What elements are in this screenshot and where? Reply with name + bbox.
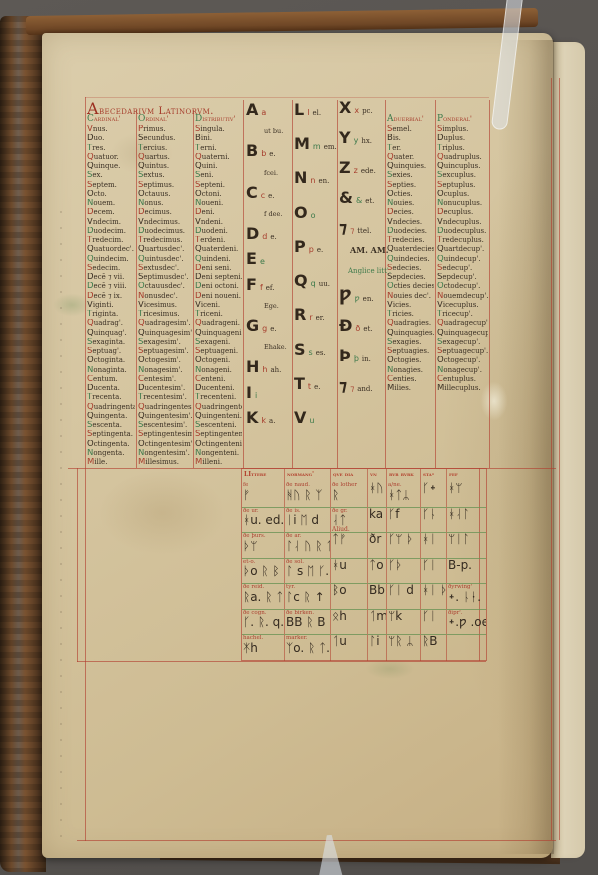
numeral-entry: Tredecuplus. [437, 236, 488, 245]
rune-glyphs: ᚴf [388, 508, 419, 521]
numeral-entry: Vicecuplus. [437, 301, 488, 310]
numeral-entry: Duo. [87, 134, 135, 143]
rune-glyphs: ᛡh [243, 642, 283, 655]
numeral-entry: Sex. [87, 171, 135, 180]
rune-glyphs: Bb. [369, 584, 385, 597]
ruling-line [292, 100, 293, 468]
letter-minuscule: u [309, 416, 314, 425]
letter-minuscule: i [255, 391, 257, 400]
letter-name: es. [316, 349, 326, 357]
numeral-entry: Sedecup'. [437, 264, 488, 273]
rune-header-cell: rvr rvrk [387, 469, 421, 482]
letter-capital: K [246, 410, 258, 426]
numeral-entry: Milleni. [195, 458, 242, 467]
letter-minuscule: g [262, 324, 267, 333]
interlinear-gloss: Anglice litt'. [348, 267, 391, 275]
alphabet-row: B b e. [246, 143, 290, 161]
rune-cell: ᛏᚠ [331, 533, 368, 559]
numeral-entry: Tercius. [138, 144, 192, 153]
letter-capital: Þ [339, 348, 351, 364]
numeral-entry: Centum. [87, 375, 135, 384]
letter-name: ah. [270, 366, 281, 374]
numeral-entry: Simplus. [437, 125, 488, 134]
rune-cell: fe ᚠ [242, 482, 285, 508]
letter-minuscule: d [262, 232, 267, 241]
numeral-entry: Ter. [387, 144, 434, 153]
numeral-entry: Quinquagecup'. [437, 329, 488, 338]
rune-glyphs: ᛉo. ᚱ ᛏ. [286, 642, 329, 655]
letter-capital: Ð [339, 318, 352, 334]
numeral-entry: Octauusdec'. [138, 282, 192, 291]
letter-capital: O [294, 205, 308, 221]
numeral-entry: Quinque. [87, 162, 135, 171]
numeral-entry: Terdeni. [195, 236, 242, 245]
numeral-entry: Quadragesim'. [138, 319, 192, 328]
numeral-list: Primus.Secundus.Tercius.Quartus.Quintus.… [138, 125, 192, 467]
numeral-entry: Quadragies. [387, 319, 434, 328]
alphabet-row: Ƿ ƿ en. [339, 288, 385, 306]
numeral-entry: Ocuplus. [437, 190, 488, 199]
manuscript-photo: Abecedarivm Latinorvm. Cardinal' Vnus.Du… [0, 0, 598, 875]
numeral-entry: Sexageni. [195, 338, 242, 347]
letter-name: em. [324, 143, 337, 151]
numeral-entry: Septuageni. [195, 347, 242, 356]
rune-table: LItterenormang'qve diavnrvr rvrksta-fef … [241, 468, 487, 661]
rune-cell: ᚴᛁ [421, 559, 447, 585]
numeral-entry: Millecuplus. [437, 384, 488, 393]
numeral-entry: Secundus. [138, 134, 192, 143]
ruling-line [489, 100, 490, 468]
numeral-entry: Vndecuplus. [437, 218, 488, 227]
numeral-entry: Seni. [195, 171, 242, 180]
rune-header-cell: LIttere [242, 469, 285, 482]
letter-minuscule: h [262, 365, 267, 374]
letter-minuscule: z [354, 166, 358, 175]
rune-glyphs: ᛁi ᛖ d [286, 514, 329, 527]
alphabet-row: T t e. [294, 376, 336, 394]
column-header: Ponderal' [437, 113, 488, 125]
letter-capital: L [294, 102, 304, 118]
numeral-list: Vnus.Duo.Tres.Quatuor.Quinque.Sex.Septem… [87, 125, 135, 467]
rune-cell: ᚴᛘ ᚦ [387, 533, 421, 559]
numeral-entry: Sexagesim'. [138, 338, 192, 347]
numeral-entry: Quinquies. [387, 162, 434, 171]
numeral-entry: Sextusdec'. [138, 264, 192, 273]
numeral-entry: Quingentesim'. [138, 412, 192, 421]
alphabet-row: Y y hx. [339, 130, 385, 148]
numeral-entry: Sescenta. [87, 421, 135, 430]
column-header: Cardinal' [87, 113, 135, 125]
numeral-entry: Trecenta. [87, 393, 135, 402]
numeral-entry: Deni. [195, 208, 242, 217]
alphabet-column-a-k: A a ut bu. B b e. [246, 102, 290, 428]
numeral-entry: Duodecim. [87, 227, 135, 236]
ruling-line [77, 468, 78, 662]
numeral-entry: Decuplus. [437, 208, 488, 217]
numeral-entry: Terni. [195, 144, 242, 153]
rune-glyphs: ᛘᛁᛚ [448, 533, 485, 546]
letter-name: in. [362, 355, 371, 363]
rune-glyphs: ᚦᛘ [243, 540, 283, 553]
numeral-entry: Triplus. [437, 144, 488, 153]
numeral-entry: Nonagecup'. [437, 366, 488, 375]
rune-glyphs: ᚱa. ᚱ ᛏ. [243, 591, 283, 604]
rune-cell: ᛐu [331, 635, 368, 661]
ruling-line [85, 97, 86, 841]
rune-glyphs: ᚱ [332, 489, 366, 502]
rune-glyphs: ᛭.ƿ .oe [448, 616, 485, 629]
rune-cell: ðe lother ᚱ [331, 482, 368, 508]
alphabet-column-l-v: L l el. M m em. N n en. O o [294, 102, 336, 428]
numeral-entry: Mille. [87, 458, 135, 467]
rune-table-header: LItterenormang'qve diavnrvr rvrksta-fef [242, 469, 486, 482]
rune-glyphs: ka [369, 508, 385, 521]
numeral-entry: Septingentesim'. [138, 430, 192, 439]
numeral-entry: Tricecup'. [437, 310, 488, 319]
rune-glyphs: ᛘk [388, 610, 419, 623]
rune-glyphs: ᛐu [332, 635, 366, 648]
rune-cell: ðe naud. ᚻᚢ ᚱ ᛉ [285, 482, 331, 508]
numeral-entry: Septingenteni. [195, 430, 242, 439]
rune-glyphs: ᚴᚿ [422, 508, 445, 521]
letter-name: ef. [266, 284, 275, 292]
rune-glyphs: ᚴᛁ [422, 610, 445, 623]
rune-glyphs: ᚱB [422, 635, 445, 648]
letter-minuscule: & [356, 196, 362, 205]
numeral-entry: Vndecim. [87, 218, 135, 227]
numeral-entry: Quindecies. [387, 255, 434, 264]
letter-minuscule: t [308, 382, 311, 391]
letter-minuscule: r [309, 313, 312, 322]
numeral-entry: Sexagies. [387, 338, 434, 347]
numeral-entry: Octogecup'. [437, 356, 488, 365]
numeral-entry: Decem. [87, 208, 135, 217]
numeral-entry: Sepdecup'. [437, 273, 488, 282]
rune-glyphs: ᚼu [332, 559, 366, 572]
alphabet-row: P p e. [294, 239, 336, 257]
alphabet-row: L l el. [294, 102, 336, 120]
numeral-entry: Quartdecup'. [437, 245, 488, 254]
numeral-entry: Vndecimus. [138, 218, 192, 227]
letter-capital: D [246, 226, 259, 242]
numeral-entry: Nonus. [138, 199, 192, 208]
numeral-entry: Quinquageni. [195, 329, 242, 338]
numeral-entry: Tredecimus. [138, 236, 192, 245]
numeral-entry: Quindecup'. [437, 255, 488, 264]
numeral-entry: Nonagies. [387, 366, 434, 375]
rune-cell: ðe gr. ᛆᛏ Aliud. [331, 508, 368, 534]
rune-cell: ᚼᛘ [447, 482, 486, 508]
letter-minuscule: f [260, 283, 263, 292]
alphabet-row: fcei. [246, 169, 290, 178]
numeral-entry: Nouies dec'. [387, 292, 434, 301]
letter-minuscule: p [309, 245, 314, 254]
numeral-entry: Sescentesim'. [138, 421, 192, 430]
letter-capital: M [294, 136, 310, 152]
alphabet-row: S s es. [294, 342, 336, 360]
numeral-entry: Quartusdec'. [138, 245, 192, 254]
rune-cell [447, 635, 486, 661]
numeral-entry: Millesimus. [138, 458, 192, 467]
ruling-line [337, 100, 338, 468]
numeral-entry: Quindeni. [195, 255, 242, 264]
numeral-entry: Vicesimus. [138, 301, 192, 310]
numeral-entry: Nongenta. [87, 449, 135, 458]
numeral-entry: Vndecies. [387, 218, 434, 227]
rune-glyphs: B-p. [448, 559, 485, 572]
letter-capital: A [246, 102, 258, 118]
numeral-list: Simplus.Duplus.Triplus.Quadruplus.Quincu… [437, 125, 488, 393]
rune-glyphs: ᚴᛘ ᚦ [388, 533, 419, 546]
rune-glyphs: ᛟh [332, 610, 366, 623]
letter-capital: Z [339, 160, 351, 176]
interlinear-gloss: f dee. [255, 210, 282, 218]
alphabet-row: I i [246, 385, 290, 403]
numeral-entry: Septem. [87, 181, 135, 190]
numeral-entry: Centuplus. [437, 375, 488, 384]
numeral-entry: Duodecimus. [138, 227, 192, 236]
letter-capital: B [246, 143, 258, 159]
letter-capital: P [294, 239, 306, 255]
numeral-entry: Triginta. [87, 310, 135, 319]
letter-name: e. [270, 325, 276, 333]
numeral-entry: Noueni. [195, 199, 242, 208]
numeral-entry: Octo. [87, 190, 135, 199]
letter-capital: C [246, 185, 258, 201]
ruling-line [559, 78, 560, 840]
numeral-entry: Septies. [387, 181, 434, 190]
alphabet-row: C c e. [246, 185, 290, 203]
rune-cell: ᚼᚢ [368, 482, 387, 508]
numeral-list: Singula.Bini.Terni.Quaterni.Quini.Seni.S… [195, 125, 242, 467]
interlinear-gloss: Ege. [255, 302, 279, 310]
numeral-entry: Octoginta. [87, 356, 135, 365]
numeral-entry: Vnus. [87, 125, 135, 134]
letter-name: e. [314, 383, 320, 391]
rune-cell: ᚼᛁ [421, 533, 447, 559]
rune-cell: ðipr'. ᛭.ƿ .oe [447, 610, 486, 636]
numeral-column-distributivi: Distributiv' Singula.Bini.Terni.Quaterni… [195, 113, 242, 467]
ruling-line [243, 100, 244, 468]
numeral-entry: Trecentesim'. [138, 393, 192, 402]
numeral-entry: Septuplus. [437, 181, 488, 190]
numeral-entry: Nongentesim'. [138, 449, 192, 458]
letter-name: uu. [319, 280, 330, 288]
rune-cell: ᛘᛁᛚ [447, 533, 486, 559]
numeral-entry: Quadragecup'. [437, 319, 488, 328]
rune-cell: ðe reid. ᚱa. ᚱ ᛏ. [242, 584, 285, 610]
numeral-entry: Octogeni. [195, 356, 242, 365]
rune-cell: Bb. [368, 584, 387, 610]
numeral-entry: Centies. [387, 375, 434, 384]
numeral-entry: Octauus. [138, 190, 192, 199]
numeral-entry: Quadrag'. [87, 319, 135, 328]
rune-header-cell: qve dia [331, 469, 368, 482]
rune-cell: B-p. [447, 559, 486, 585]
numeral-entry: Quatuordec'. [87, 245, 135, 254]
numeral-entry: Singula. [195, 125, 242, 134]
letter-capital: Y [339, 130, 351, 146]
rune-cell: ᛚi [368, 635, 387, 661]
numeral-entry: Quaterni. [195, 153, 242, 162]
numeral-entry: Duodeni. [195, 227, 242, 236]
numeral-entry: Nouem. [87, 199, 135, 208]
numeral-entry: Decē ⁊ viii. [87, 282, 135, 291]
rune-cell: et-o. ᚦo ᚱ ᛒ [242, 559, 285, 585]
letter-name: er. [316, 314, 325, 322]
rune-glyphs: ᚼᛁ ᚦ [422, 584, 445, 597]
rune-cell: ᛘk [387, 610, 421, 636]
letter-name: et. [363, 325, 372, 333]
numeral-entry: Quindecim. [87, 255, 135, 264]
numeral-entry: Septingenta. [87, 430, 135, 439]
rune-cell: ᚼu [331, 559, 368, 585]
rune-cell: ᛘᚱ ᛦ [387, 635, 421, 661]
letter-capital: R [294, 307, 306, 323]
rune-cell: ᚴf [387, 508, 421, 534]
numeral-entry: Decimus. [138, 208, 192, 217]
rune-cell: ðe ar. ᛚᛆ ᚢ ᚱ ᛏ [285, 533, 331, 559]
alphabet-row: K k a. [246, 410, 290, 428]
rune-glyphs: ᚼᛁ [422, 533, 445, 546]
letter-minuscule: q [311, 279, 316, 288]
numeral-entry: Duodecies. [387, 227, 434, 236]
numeral-entry: Vicies. [387, 301, 434, 310]
rune-cell: ðe is. ᛁi ᛖ d [285, 508, 331, 534]
numeral-entry: Septuagecup'. [437, 347, 488, 356]
numeral-entry: Octies. [387, 190, 434, 199]
letter-capital: Ƿ [339, 288, 352, 304]
numeral-entry: Septuagies. [387, 347, 434, 356]
alphabet-row: Ð ð et. [339, 318, 385, 336]
numeral-entry: Octogesim'. [138, 356, 192, 365]
rune-glyphs: ᛚi [369, 635, 385, 648]
column-header: Distributiv' [195, 113, 242, 125]
rune-glyphs: ᛚᛆ ᚢ ᚱ ᛏ [286, 540, 329, 553]
rune-cell: a/ne. ᚼᛏᛦ [387, 482, 421, 508]
interlinear-gloss: Ehake. [255, 343, 287, 351]
numeral-entry: Quadringenteni. [195, 403, 242, 412]
numeral-entry: Tricies. [387, 310, 434, 319]
numeral-entry: Septuagesim'. [138, 347, 192, 356]
letter-name: hx. [361, 137, 372, 145]
rune-glyphs: ᚴᚦ [388, 559, 419, 572]
letter-minuscule: e [260, 257, 265, 266]
rune-glyphs: BB ᚱ B [286, 616, 329, 629]
numeral-entry: Vndeni. [195, 218, 242, 227]
numeral-entry: Decies. [387, 208, 434, 217]
letter-capital: ⁊ [339, 378, 347, 394]
numeral-entry: Nouemdecup'. [437, 292, 488, 301]
rune-cell: marker. ᛉo. ᚱ ᛏ. [285, 635, 331, 661]
numeral-entry: Quaterdecies. [387, 245, 434, 254]
numeral-entry: Bini. [195, 134, 242, 143]
letter-name: e. [317, 246, 323, 254]
alphabet-row: ⁊ ⁊ and. [339, 378, 385, 396]
alphabet-row: D d e. [246, 226, 290, 244]
ruling-line [77, 840, 556, 841]
rune-cell: ᚴᛁ d [387, 584, 421, 610]
letter-name: and. [357, 385, 372, 393]
letter-capital: ⁊ [339, 220, 347, 236]
alphabet-row: G g e. [246, 318, 290, 336]
ruling-line [435, 100, 436, 468]
numeral-entry: Nonusdec'. [138, 292, 192, 301]
letter-name: pc. [362, 107, 373, 115]
numeral-entry: Sedecim. [87, 264, 135, 273]
alphabet-row: ⁊ ⁊ ttel. [339, 220, 385, 234]
numeral-entry: Septuag'. [87, 347, 135, 356]
letter-minuscule: k [261, 416, 266, 425]
letter-capital: X [339, 100, 351, 116]
column-header: Ordinal' [138, 113, 192, 125]
rune-cell: týr. ᛚc ᚱ ↑ [285, 584, 331, 610]
rune-cell: ᛟh [331, 610, 368, 636]
numeral-entry: Sepdecies. [387, 273, 434, 282]
facing-page-edge [551, 42, 585, 858]
letter-name: ttel. [357, 227, 371, 235]
letter-name: el. [312, 109, 321, 117]
numeral-entry: Quinquagesim'. [138, 329, 192, 338]
alphabet-row: O o [294, 205, 336, 223]
alphabet-row: A a [246, 102, 290, 120]
numeral-entry: Quintus. [138, 162, 192, 171]
rune-cell: ᚴ᛭ [421, 482, 447, 508]
ruling-line [551, 78, 552, 840]
rune-glyphs: ᛚc ᚱ ↑ [286, 591, 329, 604]
rune-cell: ðr [368, 533, 387, 559]
rune-cell: ᛐm [368, 610, 387, 636]
numeral-entry: Nonageni. [195, 366, 242, 375]
numeral-entry: Quadringenta. [87, 403, 135, 412]
interlinear-gloss: AM. AM. [348, 246, 388, 254]
numeral-entry: Sextus. [138, 171, 192, 180]
alphabet-row: AM. AM. [339, 246, 385, 255]
numeral-entry: Quadruplus. [437, 153, 488, 162]
letter-minuscule: ⁊ [350, 384, 354, 393]
numeral-entry: Tricesimus. [138, 310, 192, 319]
numeral-column-ordinales: Ordinal' Primus.Secundus.Tercius.Quartus… [138, 113, 192, 467]
numeral-entry: Octodecup'. [437, 282, 488, 291]
rune-glyphs: ᚠ [243, 489, 283, 502]
rune-cell: ᚼᛆᛚ [447, 508, 486, 534]
alphabet-row: ut bu. [246, 127, 290, 136]
numeral-entry: Centeni. [195, 375, 242, 384]
letter-capital: S [294, 342, 306, 358]
rune-cell: ðe sol. ᛚ s ᛖ ᚴ. [285, 559, 331, 585]
rune-glyphs: ᛏo [369, 559, 385, 572]
ruling-line [77, 661, 486, 662]
rune-glyphs: ᛘᚱ ᛦ [388, 635, 419, 648]
numeral-entry: Sexies. [387, 171, 434, 180]
numeral-column-cardinales: Cardinal' Vnus.Duo.Tres.Quatuor.Quinque.… [87, 113, 135, 467]
rune-glyphs: ᚴ. ᚱ. q. [243, 616, 283, 629]
alphabet-row: Z z ede. [339, 160, 385, 178]
numeral-entry: Ducenteni. [195, 384, 242, 393]
numeral-entry: Viceni. [195, 301, 242, 310]
rune-cell: ᚱB [421, 635, 447, 661]
numeral-entry: Deni noueni. [195, 292, 242, 301]
letter-name: a. [269, 417, 275, 425]
numeral-entry: Quater. [387, 153, 434, 162]
numeral-entry: Duplus. [437, 134, 488, 143]
letter-capital: H [246, 359, 259, 375]
numeral-column-adverbial: Aduerbial' Semel.Bis.Ter.Quater.Quinquie… [387, 113, 434, 393]
numeral-entry: Nonagesim'. [138, 366, 192, 375]
alphabet-column-x-english: X x pc. Y y hx. Z z ede. & & [339, 100, 385, 396]
numeral-entry: Viginti. [87, 301, 135, 310]
rune-header-cell: sta- [421, 469, 447, 482]
